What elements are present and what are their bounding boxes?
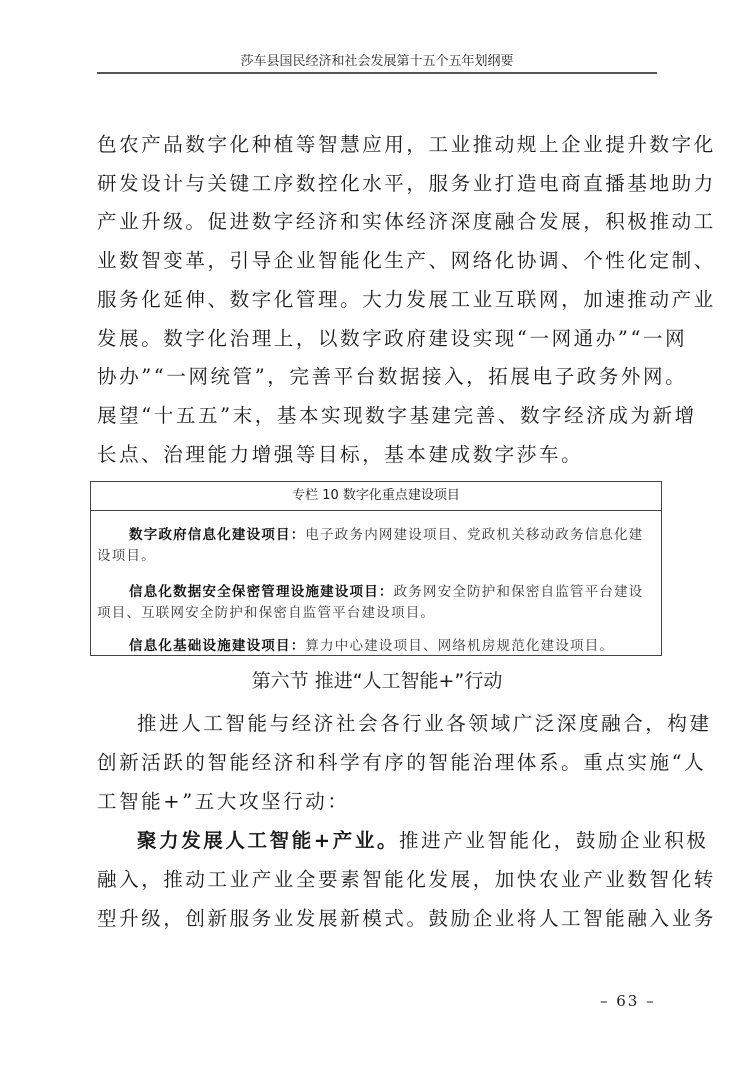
box-item-label: 数字政府信息化建设项目： xyxy=(129,527,305,543)
text-line: 业数智变革，引导企业智能化生产、网络化协调、个性化定制、 xyxy=(97,248,657,274)
text-line: 工智能+”五大攻坚行动： xyxy=(97,789,657,815)
header-rule xyxy=(97,72,657,74)
box-item: 数字政府信息化建设项目：电子政务内网建设项目、党政机关移动政务信息化建 xyxy=(129,526,644,544)
text-line: 创新活跃的智能经济和科学有序的智能治理体系。重点实施“人 xyxy=(97,750,657,776)
text-line: 型升级，创新服务业发展新模式。鼓励企业将人工智能融入业务 xyxy=(97,906,657,932)
box-item-label: 信息化数据安全保密管理设施建设项目： xyxy=(129,584,394,600)
text-line: 展望“十五五”末，基本实现数字基建完善、数字经济成为新增 xyxy=(97,403,657,429)
text-line: 发展。数字化治理上，以数字政府建设实现“一网通办”“一网 xyxy=(97,326,657,352)
text-line: 协办”“一网统管”，完善平台数据接入，拓展电子政务外网。 xyxy=(97,364,657,390)
box-item-cont: 设项目。 xyxy=(97,547,156,565)
text-line: 服务化延伸、数字化管理。大力发展工业互联网，加速推动产业 xyxy=(97,287,657,313)
text-line: 产业升级。促进数字经济和实体经济深度融合发展，积极推动工 xyxy=(97,209,657,235)
bold-lead: 聚力发展人工智能+产业。 xyxy=(137,829,399,852)
box-item: 信息化数据安全保密管理设施建设项目：政务网安全防护和保密自监管平台建设 xyxy=(129,583,644,601)
box-item: 信息化基础设施建设项目：算力中心建设项目、网络机房规范化建设项目。 xyxy=(129,637,614,655)
box-item-label: 信息化基础设施建设项目： xyxy=(129,638,305,654)
box-title: 专栏 10 数字化重点建设项目 xyxy=(91,482,661,511)
feature-box: 专栏 10 数字化重点建设项目 数字政府信息化建设项目：电子政务内网建设项目、党… xyxy=(90,481,662,656)
section-title: 第六节 推进“人工智能+”行动 xyxy=(97,668,657,694)
text-line: 研发设计与关键工序数控化水平，服务业打造电商直播基地助力 xyxy=(97,171,657,197)
page-number: – 63 – xyxy=(600,992,656,1010)
text-line: 聚力发展人工智能+产业。推进产业智能化，鼓励企业积极 xyxy=(137,828,657,854)
text-line: 色农产品数字化种植等智慧应用，工业推动规上企业提升数字化 xyxy=(97,132,657,158)
text-line: 融入，推动工业产业全要素智能化发展，加快农业产业数智化转 xyxy=(97,867,657,893)
text-line: 长点、治理能力增强等目标，基本建成数字莎车。 xyxy=(97,442,657,468)
text-line: 推进人工智能与经济社会各行业各领域广泛深度融合，构建 xyxy=(137,711,657,737)
box-item-cont: 项目、互联网安全防护和保密自监管平台建设项目。 xyxy=(97,604,435,622)
page-header: 莎车县国民经济和社会发展第十五个五年划纲要 xyxy=(97,50,657,69)
